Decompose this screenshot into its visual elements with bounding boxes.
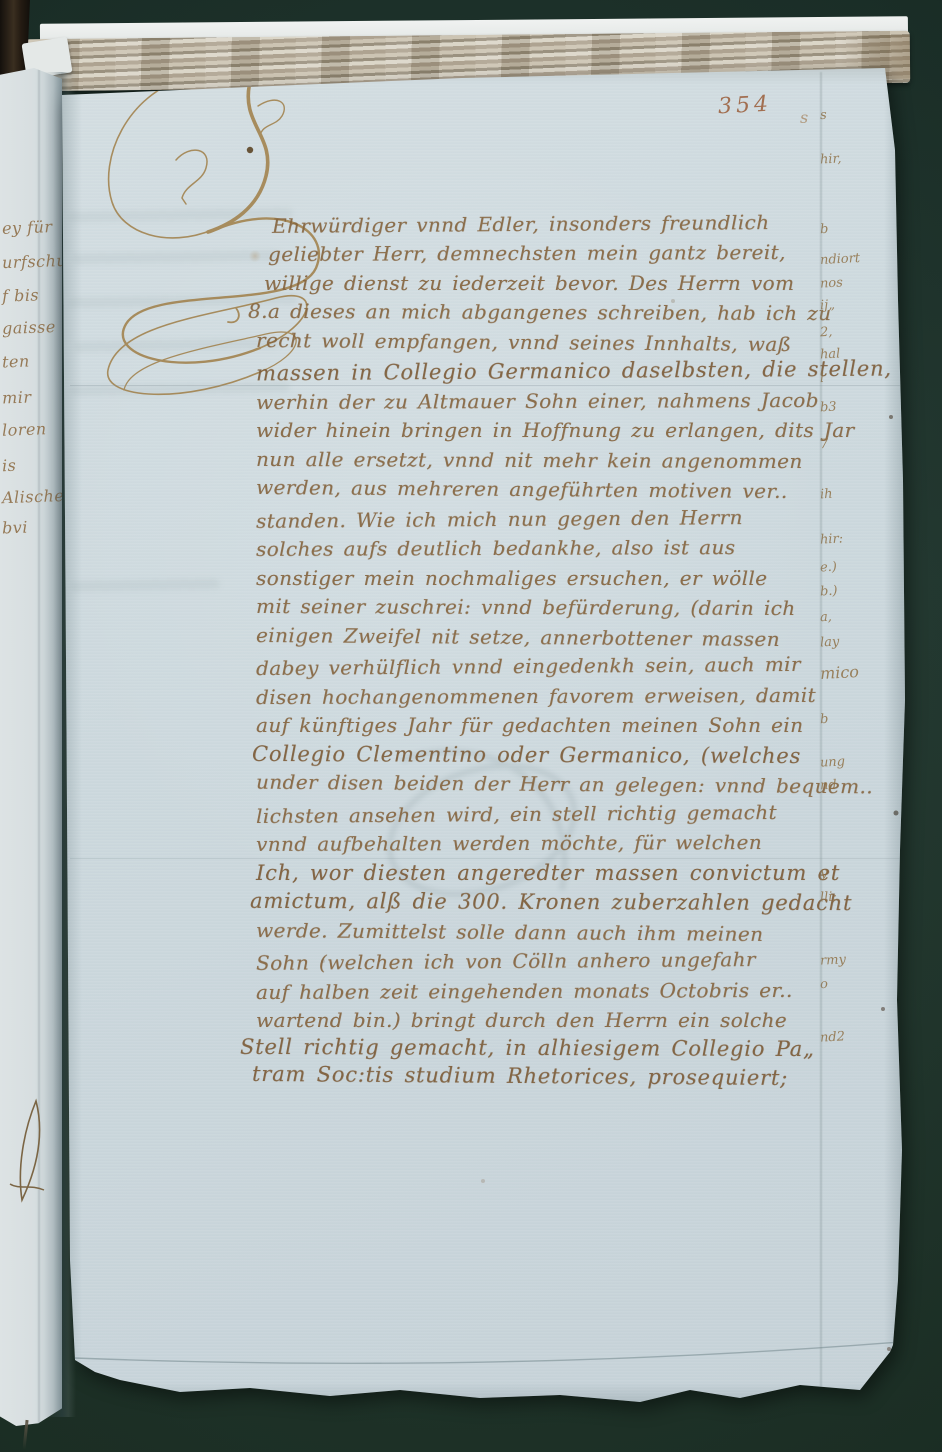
manuscript-page-wrap: 354 s Ehrwürdiger vnnd Edler, insonders … <box>62 60 910 1412</box>
facing-page-text-fragment: is <box>2 456 17 475</box>
facing-page-text-fragment: bvi <box>2 518 29 538</box>
right-margin-text-fragment: lay <box>820 635 840 651</box>
right-margin-text-fragment: lli: <box>820 890 838 906</box>
right-margin-text-fragment: nos <box>820 275 844 291</box>
facing-page-text-fragment: mir <box>2 387 32 407</box>
facing-page-text-fragment: ten <box>2 352 30 372</box>
right-margin-text-fragment: nd2 <box>820 1029 846 1045</box>
facing-page-text-fragment: loren <box>2 419 47 440</box>
horizontal-crease <box>70 385 900 386</box>
facing-page-fold <box>38 68 40 1426</box>
right-margin-text-fragment: hir, <box>820 151 842 167</box>
right-margin-text-fragment: hir: <box>820 531 844 547</box>
manuscript-page: 354 s Ehrwürdiger vnnd Edler, insonders … <box>62 60 910 1412</box>
right-margin-text-fragment: b.) <box>820 584 838 600</box>
right-margin-text-fragment: hal <box>820 346 841 362</box>
horizontal-crease <box>70 858 902 859</box>
right-margin-fragments: shir,bndiortnosij„2,hallb37ihhir:e.)b.)a… <box>62 60 910 1412</box>
right-margin-text-fragment: ndiort <box>820 251 861 268</box>
right-margin-text-fragment: nd <box>820 778 837 794</box>
right-margin-text-fragment: b3 <box>820 400 837 416</box>
facing-page-text-fragment: f bis <box>2 285 40 305</box>
vertical-crease <box>820 72 822 1392</box>
right-margin-text-fragment: mico <box>820 662 860 683</box>
right-margin-text-fragment: rmy <box>820 952 847 968</box>
bottom-crease <box>72 1338 902 1382</box>
paper-speckles <box>62 60 64 62</box>
right-margin-text-fragment: ung <box>820 754 846 770</box>
manuscript-scan: ey fürurfschuf bisgaissetenmirlorenisAli… <box>0 0 942 1452</box>
right-margin-text-fragment: e.) <box>820 560 838 576</box>
